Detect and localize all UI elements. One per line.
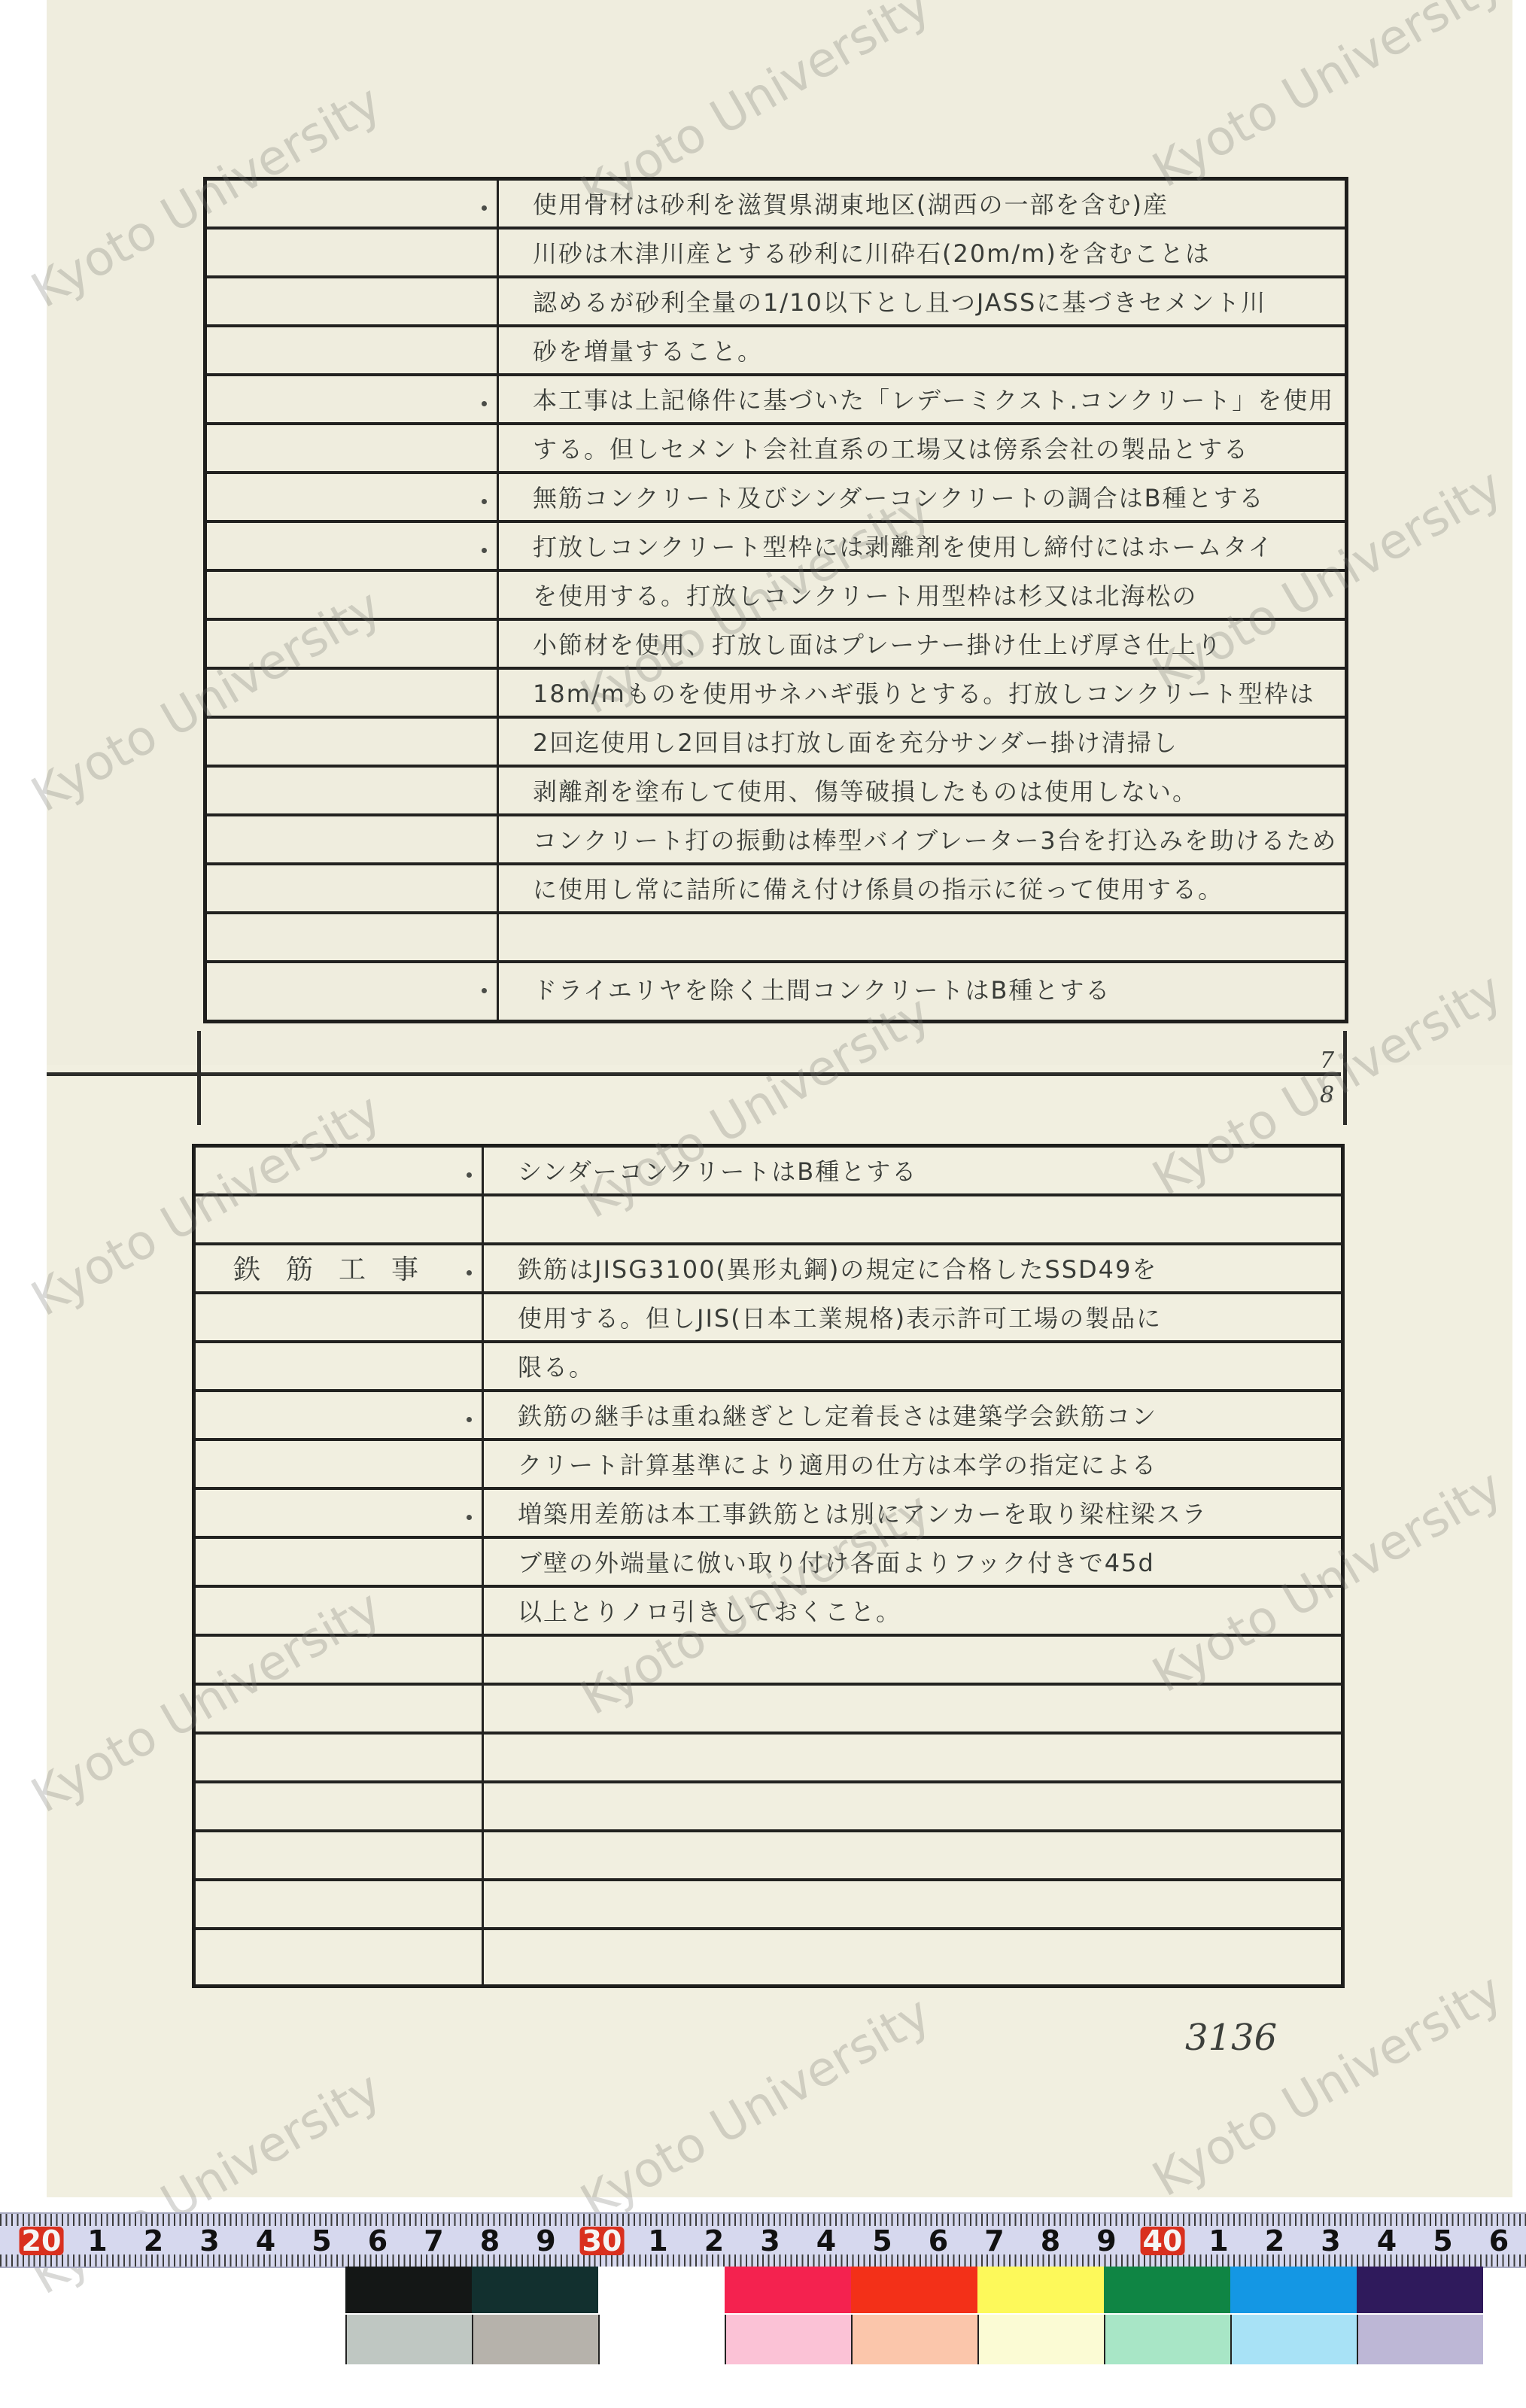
ruler-tick-label: 4 bbox=[1377, 2227, 1397, 2255]
page-fold-line bbox=[47, 1072, 1341, 1076]
color-swatch-top bbox=[725, 2267, 851, 2313]
ruler-tick-label: 6 bbox=[1489, 2227, 1509, 2255]
ruler-tick-label: 3 bbox=[760, 2227, 780, 2255]
binding-mark-right bbox=[1343, 1031, 1347, 1125]
spec-text-line: 打放しコンクリート型枠には剥離剤を使用し締付にはホームタイ bbox=[533, 528, 1274, 563]
ruler-tick-label: 2 bbox=[1265, 2227, 1284, 2255]
table-row bbox=[196, 1735, 1341, 1783]
table-row: 砂を増量すること。 bbox=[207, 327, 1345, 376]
ruler-tick-label: 2 bbox=[144, 2227, 163, 2255]
ruler-tick-label: 4 bbox=[256, 2227, 275, 2255]
ruler-tick-label: 9 bbox=[1096, 2227, 1116, 2255]
upper-spec-table: 使用骨材は砂利を滋賀県湖東地区(湖西の一部を含む)産川砂は木津川産とする砂利に川… bbox=[203, 177, 1348, 1023]
table-row: する。但しセメント会社直系の工場又は傍系会社の製品とする bbox=[207, 425, 1345, 474]
table-row: 鉄筋の継手は重ね継ぎとし定着長さは建築学会鉄筋コン bbox=[196, 1392, 1341, 1441]
color-swatch-top bbox=[851, 2267, 977, 2313]
bullet-dot-icon bbox=[467, 1270, 472, 1275]
table-row: クリート計算基準により適用の仕方は本学の指定による bbox=[196, 1441, 1341, 1490]
spec-text-line: ドライエリヤを除く土間コンクリートはB種とする bbox=[533, 971, 1111, 1006]
table-row: 無筋コンクリート及びシンダーコンクリートの調合はB種とする bbox=[207, 474, 1345, 523]
page-number-lower: 8 bbox=[1320, 1082, 1334, 1108]
color-swatch-top bbox=[1230, 2267, 1357, 2313]
ruler-tick-label: 1 bbox=[648, 2227, 667, 2255]
spec-text-line: 本工事は上記條件に基づいた「レデーミクスト.コンクリート」を使用 bbox=[533, 382, 1334, 416]
measuring-ruler: 201234567893012345678940123456 bbox=[0, 2212, 1526, 2268]
spec-text-line: 無筋コンクリート及びシンダーコンクリートの調合はB種とする bbox=[533, 479, 1265, 514]
table-row: を使用する。打放しコンクリート用型枠は杉又は北海松の bbox=[207, 572, 1345, 621]
ruler-tick-label: 2 bbox=[704, 2227, 724, 2255]
table-row bbox=[196, 1686, 1341, 1735]
ruler-tick-label: 6 bbox=[368, 2227, 388, 2255]
spec-text-line: 使用骨材は砂利を滋賀県湖東地区(湖西の一部を含む)産 bbox=[533, 186, 1169, 220]
ruler-tick-label: 5 bbox=[1433, 2227, 1452, 2255]
spec-text-line: ブ壁の外端量に倣い取り付け各面よりフック付きで45d bbox=[518, 1544, 1155, 1579]
spec-text-line: する。但しセメント会社直系の工場又は傍系会社の製品とする bbox=[533, 430, 1249, 465]
color-swatch-top bbox=[598, 2267, 725, 2313]
spec-text-line: を使用する。打放しコンクリート用型枠は杉又は北海松の bbox=[533, 577, 1197, 612]
spec-text-line: 増築用差筋は本工事鉄筋とは別にアンカーを取り梁柱梁スラ bbox=[518, 1495, 1208, 1530]
ruler-tick-label: 8 bbox=[1041, 2227, 1060, 2255]
spec-text-line: 2回迄使用し2回目は打放し面を充分サンダー掛け清掃し bbox=[533, 724, 1178, 759]
bullet-dot-icon bbox=[467, 1172, 472, 1178]
archive-number: 3136 bbox=[1185, 2017, 1277, 2059]
bullet-dot-icon bbox=[482, 205, 487, 211]
table-row: 使用骨材は砂利を滋賀県湖東地区(湖西の一部を含む)産 bbox=[207, 181, 1345, 230]
color-swatch-top bbox=[1357, 2267, 1483, 2313]
table-row bbox=[196, 1930, 1341, 1979]
table-row bbox=[196, 1783, 1341, 1832]
bullet-dot-icon bbox=[482, 401, 487, 406]
table-row: 打放しコンクリート型枠には剥離剤を使用し締付にはホームタイ bbox=[207, 523, 1345, 572]
page-number-upper: 7 bbox=[1320, 1047, 1334, 1074]
ruler-tick-label: 6 bbox=[929, 2227, 948, 2255]
color-swatch-bottom bbox=[472, 2315, 598, 2364]
table-row bbox=[196, 1881, 1341, 1930]
ruler-tick-label: 1 bbox=[1208, 2227, 1228, 2255]
table-row bbox=[207, 914, 1345, 963]
color-swatch-top bbox=[1104, 2267, 1230, 2313]
table-row: に使用し常に詰所に備え付け係員の指示に従って使用する。 bbox=[207, 865, 1345, 914]
color-swatch-top bbox=[977, 2267, 1104, 2313]
color-swatch-bottom bbox=[725, 2315, 851, 2364]
table-row: 18m/mものを使用サネハギ張りとする。打放しコンクリート型枠は bbox=[207, 670, 1345, 719]
table-row: コンクリート打の振動は棒型バイブレーター3台を打込みを助けるため bbox=[207, 816, 1345, 865]
ruler-tick-label: 1 bbox=[87, 2227, 107, 2255]
table-row: 以上とりノロ引きしておくこと。 bbox=[196, 1588, 1341, 1637]
table-row: ドライエリヤを除く土間コンクリートはB種とする bbox=[207, 963, 1345, 1012]
bullet-dot-icon bbox=[482, 499, 487, 504]
ruler-tick-label: 3 bbox=[199, 2227, 219, 2255]
spec-text-line: シンダーコンクリートはB種とする bbox=[518, 1153, 917, 1187]
ruler-tick-label: 40 bbox=[1141, 2227, 1185, 2255]
spec-text-line: 小節材を使用、打放し面はプレーナー掛け仕上げ厚さ仕上り bbox=[533, 626, 1223, 661]
color-swatch-top bbox=[345, 2267, 472, 2313]
spec-text-line: 以上とりノロ引きしておくこと。 bbox=[518, 1593, 901, 1628]
table-row: 限る。 bbox=[196, 1343, 1341, 1392]
section-heading: 鉄筋工事 bbox=[196, 1248, 444, 1287]
table-row: 使用する。但しJIS(日本工業規格)表示許可工場の製品に bbox=[196, 1294, 1341, 1343]
table-row: 川砂は木津川産とする砂利に川砕石(20m/m)を含むことは bbox=[207, 230, 1345, 278]
table-row: ブ壁の外端量に倣い取り付け各面よりフック付きで45d bbox=[196, 1539, 1341, 1588]
spec-text-line: 鉄筋の継手は重ね継ぎとし定着長さは建築学会鉄筋コン bbox=[518, 1397, 1157, 1432]
table-row: 認めるが砂利全量の1/10以下とし且つJASSに基づきセメント川 bbox=[207, 278, 1345, 327]
table-row: 鉄筋工事鉄筋はJISG3100(異形丸鋼)の規定に合格したSSD49を bbox=[196, 1245, 1341, 1294]
color-swatch-top bbox=[472, 2267, 598, 2313]
table-row bbox=[196, 1196, 1341, 1245]
color-swatch-bottom bbox=[977, 2315, 1104, 2364]
bullet-dot-icon bbox=[482, 548, 487, 553]
spec-text-line: に使用し常に詰所に備え付け係員の指示に従って使用する。 bbox=[533, 871, 1224, 905]
ruler-tick-label: 5 bbox=[872, 2227, 892, 2255]
color-swatch-bottom bbox=[345, 2315, 472, 2364]
spec-text-line: 剥離剤を塗布して使用、傷等破損したものは使用しない。 bbox=[533, 773, 1198, 807]
bullet-dot-icon bbox=[467, 1417, 472, 1422]
ruler-tick-label: 5 bbox=[312, 2227, 331, 2255]
color-swatch-bottom bbox=[1357, 2315, 1483, 2364]
ruler-tick-label: 20 bbox=[20, 2227, 64, 2255]
table-row: 増築用差筋は本工事鉄筋とは別にアンカーを取り梁柱梁スラ bbox=[196, 1490, 1341, 1539]
table-row bbox=[196, 1832, 1341, 1881]
spec-text-line: クリート計算基準により適用の仕方は本学の指定による bbox=[518, 1446, 1157, 1481]
spec-text-line: 18m/mものを使用サネハギ張りとする。打放しコンクリート型枠は bbox=[533, 675, 1315, 710]
bullet-dot-icon bbox=[482, 988, 487, 993]
bullet-dot-icon bbox=[467, 1515, 472, 1520]
spec-text-line: 鉄筋はJISG3100(異形丸鋼)の規定に合格したSSD49を bbox=[518, 1251, 1157, 1285]
color-swatch-bottom bbox=[1230, 2315, 1357, 2364]
table-row: シンダーコンクリートはB種とする bbox=[196, 1148, 1341, 1196]
table-row: 小節材を使用、打放し面はプレーナー掛け仕上げ厚さ仕上り bbox=[207, 621, 1345, 670]
ruler-tick-label: 7 bbox=[984, 2227, 1004, 2255]
table-row: 剥離剤を塗布して使用、傷等破損したものは使用しない。 bbox=[207, 768, 1345, 816]
ruler-tick-label: 30 bbox=[580, 2227, 625, 2255]
ruler-tick-label: 7 bbox=[424, 2227, 443, 2255]
table-row bbox=[196, 1637, 1341, 1686]
spec-text-line: 川砂は木津川産とする砂利に川砕石(20m/m)を含むことは bbox=[533, 235, 1211, 269]
spec-text-line: 使用する。但しJIS(日本工業規格)表示許可工場の製品に bbox=[518, 1300, 1162, 1334]
color-swatch-bottom bbox=[598, 2315, 725, 2364]
ruler-tick-label: 8 bbox=[480, 2227, 500, 2255]
ruler-tick-label: 3 bbox=[1321, 2227, 1340, 2255]
spec-text-line: 認めるが砂利全量の1/10以下とし且つJASSに基づきセメント川 bbox=[533, 284, 1266, 318]
table-row: 2回迄使用し2回目は打放し面を充分サンダー掛け清掃し bbox=[207, 719, 1345, 768]
spec-text-line: 限る。 bbox=[518, 1348, 594, 1383]
binding-mark-left bbox=[197, 1031, 201, 1125]
color-swatch-bottom bbox=[851, 2315, 977, 2364]
table-row: 本工事は上記條件に基づいた「レデーミクスト.コンクリート」を使用 bbox=[207, 376, 1345, 425]
ruler-tick-label: 4 bbox=[816, 2227, 836, 2255]
ruler-tick-label: 9 bbox=[536, 2227, 555, 2255]
spec-text-line: 砂を増量すること。 bbox=[533, 333, 763, 367]
lower-spec-table: シンダーコンクリートはB種とする鉄筋工事鉄筋はJISG3100(異形丸鋼)の規定… bbox=[192, 1144, 1345, 1988]
color-swatch-bottom bbox=[1104, 2315, 1230, 2364]
spec-text-line: コンクリート打の振動は棒型バイブレーター3台を打込みを助けるため bbox=[533, 822, 1337, 856]
